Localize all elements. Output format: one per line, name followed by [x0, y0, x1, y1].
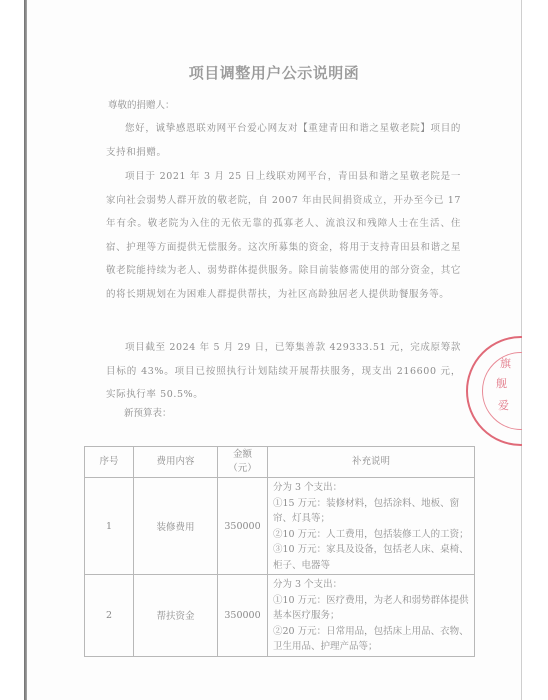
document-title: 项目调整用户公示说明函	[0, 62, 548, 83]
header-amount: 金额 （元）	[218, 447, 268, 478]
cell-amount: 350000	[218, 575, 268, 657]
note-line: ①10 万元：医疗费用，为老人和弱势群体提供基本医疗服务；	[273, 593, 470, 624]
cell-note: 分为 3 个支出：①10 万元：医疗费用，为老人和弱势群体提供基本医疗服务；②2…	[268, 575, 475, 657]
header-amount-line2: （元）	[228, 463, 257, 474]
note-line: ②10 万元：人工费用，包括装修工人的工资；	[273, 527, 470, 543]
paragraph-fundraising-status: 项目截至 2024 年 5 月 29 日，已筹集善款 429333.51 元，完…	[106, 336, 461, 407]
header-no: 序号	[85, 447, 134, 478]
budget-table-row: 2帮扶资金350000分为 3 个支出：①10 万元：医疗费用，为老人和弱势群体…	[85, 575, 475, 657]
cell-no: 2	[85, 575, 134, 657]
cell-item: 帮扶资金	[134, 575, 218, 657]
paragraph-project-background: 项目于 2021 年 3 月 25 日上线联劝网平台，青田县和谐之星敬老院是一家…	[106, 165, 461, 306]
note-line: ①15 万元：装修材料，包括涂料、地板、窗帘、灯具等；	[273, 496, 470, 527]
header-note: 补充说明	[268, 447, 475, 478]
note-line: 分为 3 个支出：	[273, 480, 470, 496]
budget-table-row: 1装修费用350000分为 3 个支出：①15 万元：装修材料，包括涂料、地板、…	[85, 478, 475, 575]
header-amount-line1: 金额	[233, 449, 252, 460]
budget-table-label: 新预算表：	[124, 405, 172, 419]
note-line: ③10 万元：家具及设备，包括老人床、桌椅、柜子、电器等	[273, 542, 470, 573]
note-line: ②20 万元：日常用品，包括床上用品、衣物、卫生用品、护理产品等；	[273, 624, 470, 655]
cell-amount: 350000	[218, 478, 268, 575]
header-item: 费用内容	[134, 447, 218, 478]
cell-item: 装修费用	[134, 478, 218, 575]
budget-table: 序号 费用内容 金额 （元） 补充说明 1装修费用350000分为 3 个支出：…	[84, 446, 475, 657]
page-margin-beyond-scan	[522, 320, 548, 460]
budget-table-header-row: 序号 费用内容 金额 （元） 补充说明	[85, 447, 475, 478]
note-line: 分为 3 个支出：	[273, 577, 470, 593]
paragraph-greeting: 您好，诚挚感恩联劝网平台爱心网友对【重建青田和谐之星敬老院】项目的支持和捐赠。	[106, 117, 461, 164]
cell-no: 1	[85, 478, 134, 575]
salutation: 尊敬的捐赠人：	[108, 97, 175, 111]
official-seal-text: 旗 舰 爱	[470, 345, 522, 435]
cell-note: 分为 3 个支出：①15 万元：装修材料，包括涂料、地板、窗帘、灯具等；②10 …	[268, 478, 475, 575]
